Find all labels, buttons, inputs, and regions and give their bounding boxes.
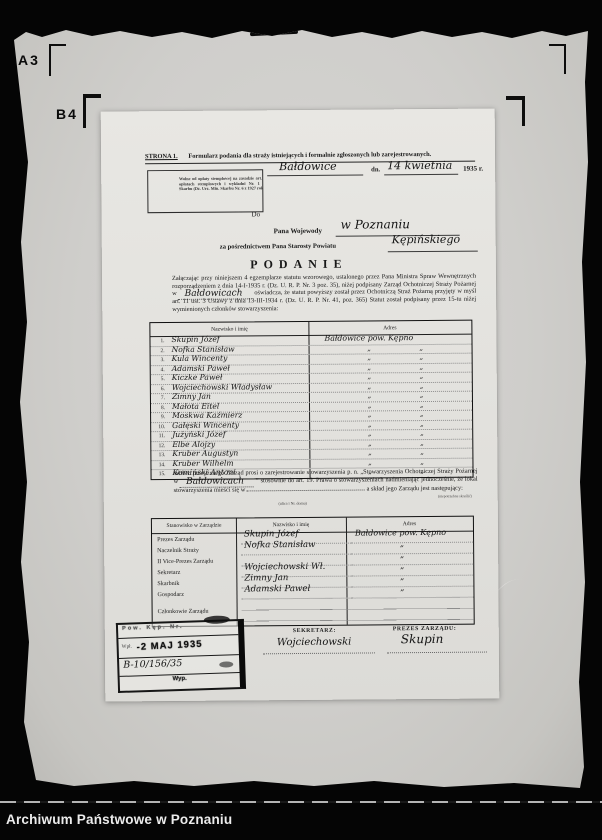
member-number: 8. <box>151 404 167 413</box>
member-address: „ „ <box>309 430 472 440</box>
ditto-mark: „ <box>420 391 424 399</box>
board-position: Skarbnik <box>152 577 241 589</box>
board-table: Stanowisko w Zarządzie Nazwisko i imię A… <box>151 516 475 628</box>
place-handwritten: Bałdowice <box>279 160 337 173</box>
member-number: 5. <box>151 375 167 384</box>
ditto-mark: „ <box>420 372 424 380</box>
underline <box>267 174 363 176</box>
member-number: 12. <box>151 442 167 451</box>
board-position: Sekretarz <box>152 566 241 578</box>
member-address: „ „ <box>309 363 472 373</box>
archive-caption: Archiwum Państwowe w Poznaniu <box>6 812 232 827</box>
member-address: „ „ <box>309 401 472 411</box>
ditto-mark: „ <box>368 411 372 419</box>
col-header-name: Nazwisko i imię <box>150 325 308 332</box>
board-position: Gospodarz <box>152 588 241 600</box>
member-number: 1. <box>150 337 166 346</box>
ditto-mark: „ <box>368 458 372 466</box>
ditto-mark: „ <box>419 353 423 361</box>
date-handwritten: 14 kwietnia <box>387 159 452 173</box>
registration-bracket-icon <box>506 96 525 126</box>
members-table: Nazwisko i imię Adres 1. Skupin Józef Ba… <box>149 320 473 480</box>
address-handwritten: Bałdowice pow. Kępno <box>324 333 413 343</box>
member-number: 11. <box>151 432 167 441</box>
film-notch <box>250 30 298 37</box>
col-header-address: Adres <box>346 521 473 528</box>
ditto-mark: „ <box>420 382 424 390</box>
underline <box>384 174 458 176</box>
starosta-label: za pośrednictwem Pana Starosty Powiatu <box>220 243 336 251</box>
ditto-mark: „ <box>368 439 372 447</box>
received-label: Wpł. <box>122 644 132 650</box>
ditto-mark: „ <box>420 458 424 466</box>
date-stamp: -2 MAJ 1935 <box>136 639 202 653</box>
reference-handwritten: B-10/156/35 <box>123 658 182 671</box>
secretary-signature: Wojciechowski <box>277 637 352 649</box>
frame-marker-a3: A3 <box>18 52 40 68</box>
name-handwritten: Wojciechowski Wł. <box>244 562 325 573</box>
street-sublabel: (ulica i Nr. domu) <box>278 501 306 506</box>
ditto-mark: „ <box>400 583 404 592</box>
frame-marker-b4: B4 <box>56 106 78 122</box>
ditto-mark: „ <box>419 344 423 352</box>
col-header-position: Stanowisko w Zarządzie <box>152 523 236 530</box>
member-number: 6. <box>151 385 167 394</box>
member-number: 15. <box>152 470 168 479</box>
member-number: 7. <box>151 394 167 403</box>
member-address: „ „ <box>309 420 472 430</box>
registration-bracket-icon <box>83 94 101 128</box>
form-title: PODANIE <box>102 255 496 273</box>
ditto-mark: „ <box>420 439 424 447</box>
member-address: „ „ <box>309 354 472 364</box>
board-position: II Vice-Prezes Zarządu <box>152 555 241 567</box>
ditto-mark: „ <box>368 430 372 438</box>
archival-film-frame: A3 B4 2 STRONA 1. Formularz podania dla … <box>0 0 602 840</box>
member-number: 4. <box>151 366 167 375</box>
member-address: „ „ <box>309 458 472 468</box>
stamp-exemption-box: Wolne od opłaty stemplowej na zasadzie a… <box>147 169 263 213</box>
name-handwritten: Adamski Paweł <box>244 584 310 595</box>
ditto-mark: „ <box>419 363 423 371</box>
paragraph-2-post: a skład jego Zarządu jest następujący: <box>367 485 463 493</box>
blank-line <box>247 484 365 492</box>
name-handwritten: Skupin Józef <box>244 529 299 539</box>
ditto-mark: „ <box>420 448 424 456</box>
wojewoda-label: Pana Wojewody <box>274 227 322 235</box>
year-label: 1935 r. <box>463 165 483 173</box>
member-address: „ „ <box>309 439 472 449</box>
do-label: Do <box>251 210 260 218</box>
secretary-label: SEKRETARZ: <box>293 628 336 634</box>
stamp-footer: Wyp. <box>120 672 240 691</box>
underline <box>388 251 478 253</box>
wojewoda-handwritten: w Poznaniu <box>341 217 411 232</box>
document-page: STRONA 1. Formularz podania dla straży i… <box>101 108 500 701</box>
member-address: „ „ <box>309 392 472 402</box>
ditto-mark: „ <box>367 363 371 371</box>
col-header-address: Adres <box>308 324 471 331</box>
address-handwritten: Bałdowice pow. Kępno <box>355 528 446 538</box>
date-line: Bałdowice dn. 14 kwietnia 1935 r. <box>267 159 487 181</box>
name-handwritten: Zimny Jan <box>244 573 288 583</box>
starosta-handwritten: Kępińskiego <box>392 233 460 247</box>
member-number: 10. <box>151 423 167 432</box>
paragraph-1: Załączając przy niniejszem 4 egzemplarze… <box>172 273 476 314</box>
ditto-mark: „ <box>400 572 404 581</box>
registration-bracket-icon <box>549 44 566 74</box>
member-address: „ „ <box>309 411 472 421</box>
receipt-stamp: Pow. Kęp. Nr. Wpł. -2 MAJ 1935 B-10/156/… <box>116 619 246 693</box>
member-number: 3. <box>151 356 167 365</box>
member-address: Bałdowice pow. Kępno <box>308 335 471 345</box>
member-number: 9. <box>151 413 167 422</box>
ditto-mark: „ <box>367 344 371 352</box>
member-number: 14. <box>151 461 167 470</box>
board-position: Prezes Zarządu <box>152 533 241 545</box>
ditto-mark: „ <box>420 420 424 428</box>
ditto-mark: „ <box>400 561 404 570</box>
registration-bracket-icon <box>49 44 66 76</box>
ditto-mark: „ <box>368 449 372 457</box>
signature-line <box>263 652 375 654</box>
ditto-mark: „ <box>368 420 372 428</box>
ditto-mark: „ <box>367 382 371 390</box>
ditto-mark: „ <box>420 410 424 418</box>
page-label: STRONA 1. <box>145 153 178 160</box>
strike-note: (niepotrzebne skreślić) <box>438 494 472 499</box>
photograph: A3 B4 2 STRONA 1. Formularz podania dla … <box>14 22 588 788</box>
member-number: 2. <box>151 347 167 356</box>
ditto-mark: „ <box>400 550 404 559</box>
board-address <box>352 598 474 625</box>
board-name: Nofka Stanisław <box>241 544 351 556</box>
member-address: „ „ <box>309 449 472 459</box>
ditto-mark: „ <box>367 373 371 381</box>
paragraph-2: Wobec powyższego Zarząd prosi o zarejest… <box>174 468 478 495</box>
ditto-mark: „ <box>367 353 371 361</box>
stamp-exemption-note: Wolne od opłaty stemplowej na zasadzie a… <box>179 176 264 192</box>
member-address: „ „ <box>309 344 472 354</box>
board-name: Adamski Paweł <box>241 588 351 600</box>
board-position: Naczelnik Straży <box>152 544 241 556</box>
signature-line <box>387 652 487 654</box>
col-header-name: Nazwisko i imię <box>236 522 346 529</box>
member-number: 13. <box>151 451 167 460</box>
board-name <box>242 599 352 626</box>
film-edge-line <box>0 801 602 803</box>
name-handwritten: Nofka Stanisław <box>244 540 315 551</box>
dn-label: dn. <box>371 166 380 173</box>
ditto-mark: „ <box>400 539 404 548</box>
member-address: „ „ <box>309 382 472 392</box>
ditto-mark: „ <box>368 392 372 400</box>
president-signature: Skupin <box>401 632 444 646</box>
ditto-mark: „ <box>368 401 372 409</box>
ditto-mark: „ <box>420 429 424 437</box>
ditto-mark: „ <box>420 401 424 409</box>
member-address: „ „ <box>309 373 472 383</box>
